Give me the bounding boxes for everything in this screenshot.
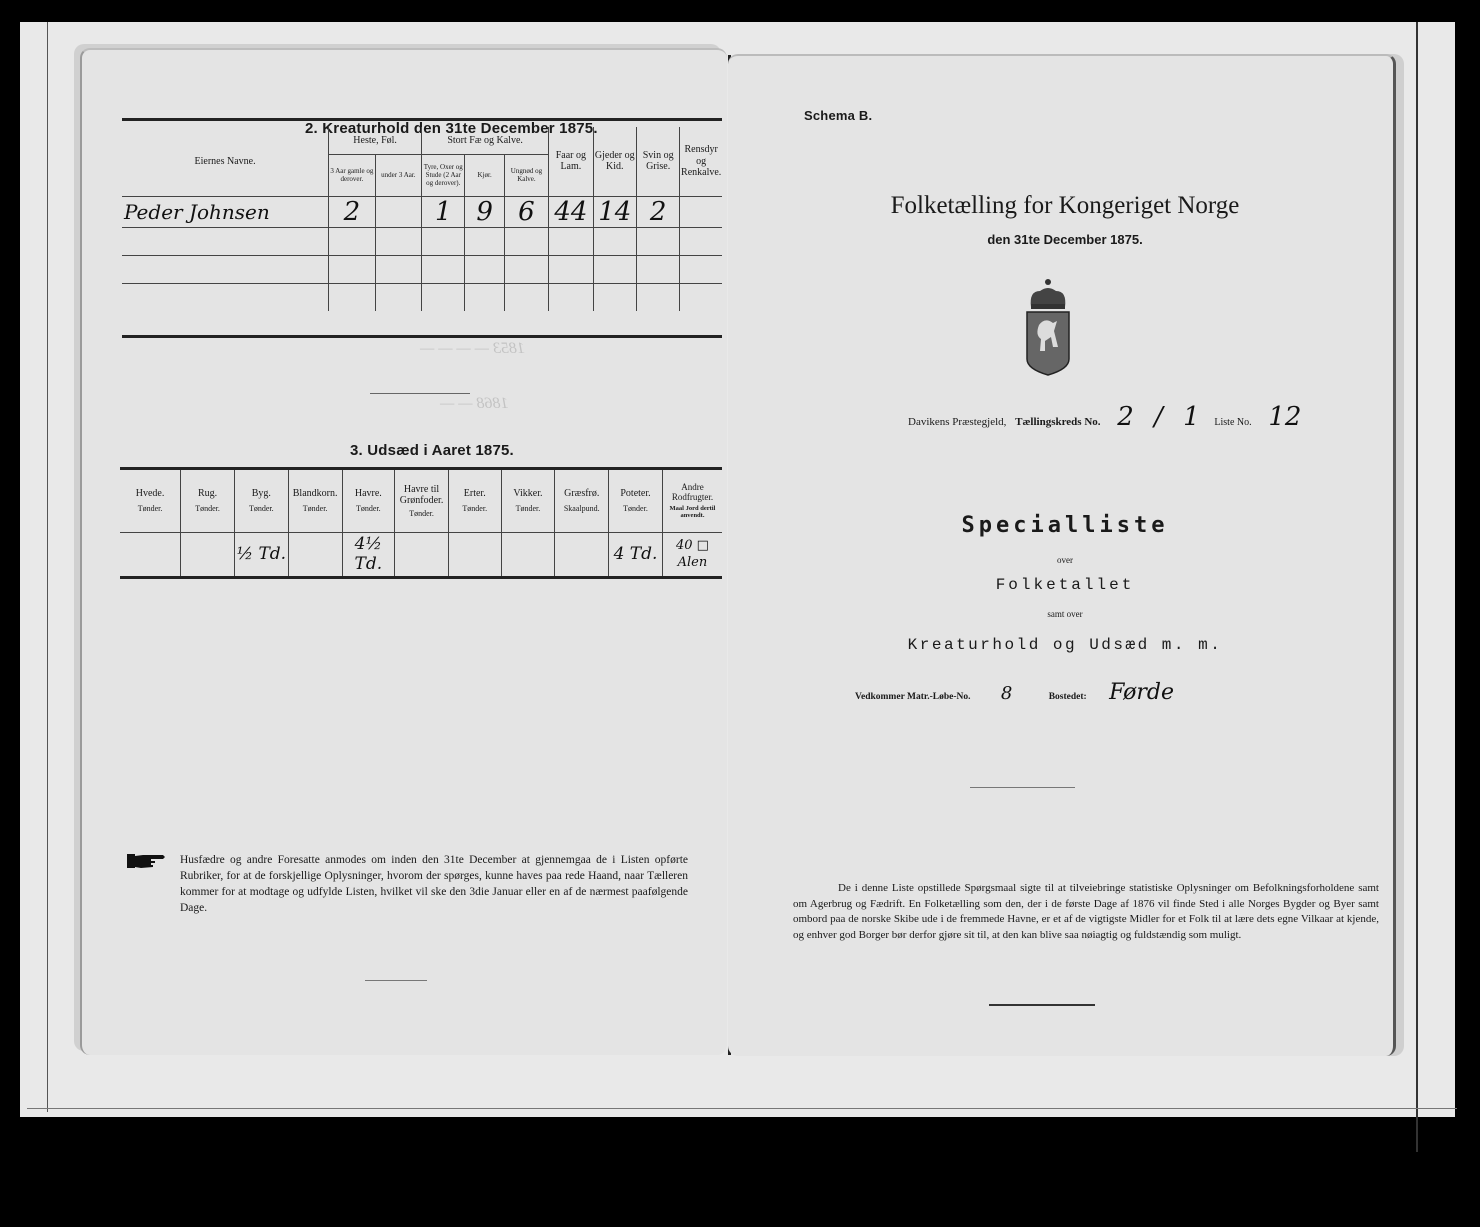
col-gjeder: Gjeder og Kid.: [593, 127, 636, 196]
col-stort-group: Stort Fæ og Kalve.: [422, 127, 549, 154]
divider-line: [970, 787, 1075, 788]
matr-line: Vedkommer Matr.-Løbe-No. 8 Bostedet: Før…: [855, 680, 1174, 705]
matr-label: Vedkommer Matr.-Løbe-No.: [855, 692, 970, 702]
col-kjor: Kjør.: [465, 154, 504, 196]
bosted-value: Førde: [1109, 680, 1174, 705]
kreds-value: 2 / 1: [1117, 402, 1205, 432]
footer-text: De i denne Liste opstillede Spørgsmaal s…: [793, 881, 1379, 943]
col-andre-rodfrugter: Andre Rodfrugter.Maal Jord dertil anvend…: [662, 470, 722, 532]
cell-gjeder: 14: [598, 197, 631, 227]
district-line: Davikens Præstegjeld, Tællingskreds No. …: [908, 402, 1301, 432]
divider-line: [365, 980, 427, 981]
bleed-through: 1868 — —: [440, 395, 508, 413]
col-rug: Rug.Tønder.: [181, 470, 235, 532]
cell-andre-rodfrugter: 40 □ Alen: [670, 537, 714, 571]
table-row-empty: [122, 283, 722, 311]
col-graesfro: Græsfrø.Skaalpund.: [555, 470, 609, 532]
col-owner: Eiernes Navne.: [122, 127, 329, 196]
norwegian-coat-of-arms-icon: [1023, 277, 1073, 377]
livestock-table: Eiernes Navne. Heste, Føl. Stort Fæ og K…: [122, 127, 722, 311]
bosted-label: Bostedet:: [1049, 692, 1087, 702]
bleed-through: 1853 — — — —: [420, 340, 525, 358]
col-faar: Faar og Lam.: [549, 127, 593, 196]
samt-over-label: samt over: [735, 609, 1395, 619]
over-label: over: [735, 555, 1395, 565]
divider-line: [370, 393, 470, 394]
cell-svin: 2: [650, 197, 667, 227]
seed-table: Hvede.Tønder. Rug.Tønder. Byg.Tønder. Bl…: [120, 470, 722, 576]
table-row: Peder Johnsen 2 1 9 6 44 14 2: [122, 196, 722, 227]
cell-heste-3ar: 2: [344, 197, 361, 227]
section2-bottom-rule: [122, 335, 722, 338]
owner-name: Peder Johnsen: [124, 200, 270, 224]
main-title: Folketælling for Kongeriget Norge: [735, 192, 1395, 220]
cell-kjor: 9: [476, 197, 493, 227]
section2-top-rule: [122, 118, 722, 121]
table-row: ½ Td. 4½ Td. 4 Td. 40 □ Alen: [120, 532, 722, 576]
table-row-empty: [122, 255, 722, 283]
col-vikker: Vikker.Tønder.: [501, 470, 555, 532]
col-hvede: Hvede.Tønder.: [120, 470, 181, 532]
divider-line: [989, 1004, 1095, 1006]
liste-value: 12: [1268, 402, 1301, 432]
col-blandkorn: Blandkorn.Tønder.: [288, 470, 342, 532]
sheet-border-bottom: [27, 1108, 1457, 1109]
col-heste-group: Heste, Føl.: [329, 127, 422, 154]
col-tyre: Tyre, Oxer og Stude (2 Aar og derover).: [422, 154, 465, 196]
col-havre-gronfoder: Havre til Grønfoder.Tønder.: [395, 470, 449, 532]
pointing-hand-icon: [127, 853, 167, 869]
col-svin: Svin og Grise.: [636, 127, 679, 196]
census-date: den 31te December 1875.: [735, 232, 1395, 247]
liste-label: Liste No.: [1214, 417, 1251, 428]
col-erter: Erter.Tønder.: [448, 470, 501, 532]
section3-bottom-rule: [120, 576, 722, 579]
schema-label: Schema B.: [804, 108, 872, 123]
col-ungnod: Ungnød og Kalve.: [504, 154, 548, 196]
notice-text: Husfædre og andre Foresatte anmodes om i…: [180, 852, 688, 916]
col-heste-3ar: 3 Aar gamle og derover.: [329, 154, 375, 196]
prestegjeld-label: Davikens Præstegjeld,: [908, 416, 1006, 428]
matr-value: 8: [1001, 683, 1012, 704]
col-havre: Havre.Tønder.: [342, 470, 395, 532]
col-poteter: Poteter.Tønder.: [609, 470, 663, 532]
col-rensdyr: Rensdyr og Renkalve.: [680, 127, 722, 196]
cell-faar: 44: [554, 197, 587, 227]
kreaturhold-title: Kreaturhold og Udsæd m. m.: [735, 636, 1395, 654]
col-heste-under3: under 3 Aar.: [375, 154, 421, 196]
section3-title: 3. Udsæd i Aaret 1875.: [350, 442, 514, 459]
sheet-border-left: [47, 22, 48, 1112]
specialliste-title: Specialliste: [735, 513, 1395, 538]
kreds-label: Tællingskreds No.: [1015, 416, 1100, 428]
cell-tyre: 1: [435, 197, 452, 227]
cell-havre: 4½ Td.: [355, 534, 383, 574]
cell-poteter: 4 Td.: [614, 544, 658, 564]
table-row-empty: [122, 227, 722, 255]
sheet-border-right: [1416, 22, 1418, 1152]
col-byg: Byg.Tønder.: [234, 470, 288, 532]
cell-byg: ½ Td.: [237, 544, 287, 564]
folketallet-title: Folketallet: [735, 576, 1395, 594]
cell-ungnod: 6: [518, 197, 535, 227]
